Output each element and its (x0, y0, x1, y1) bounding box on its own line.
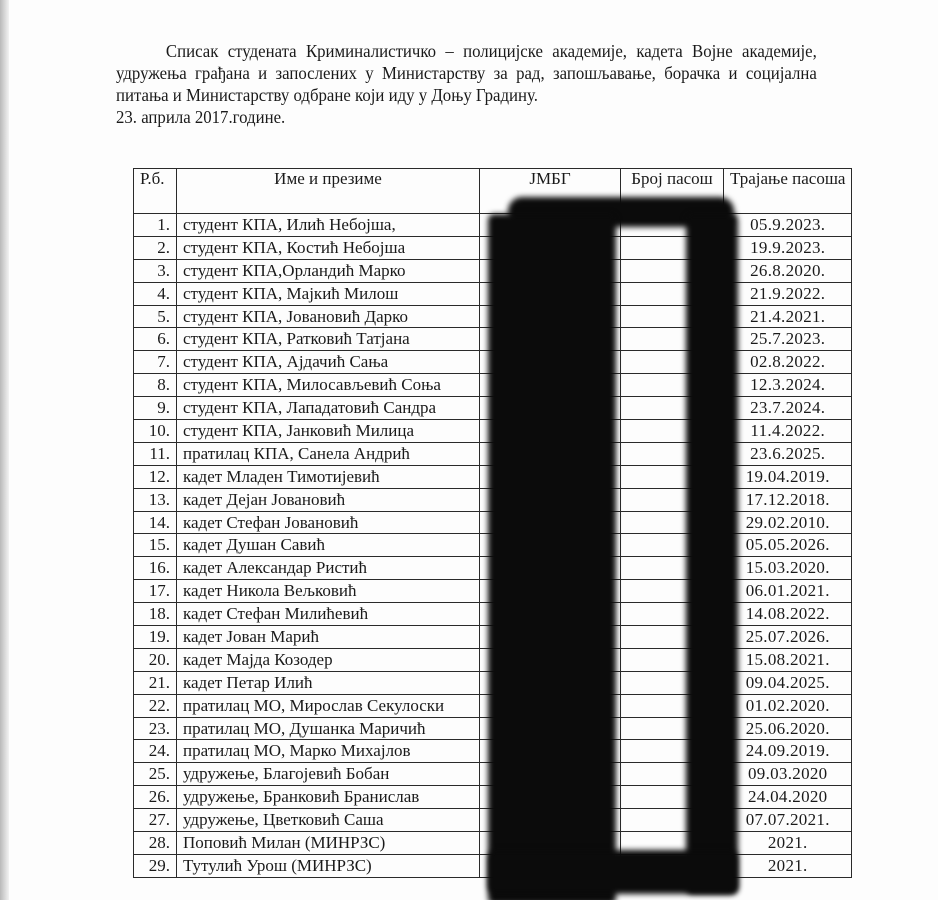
redaction-left-column (488, 214, 616, 900)
row-number: 7. (134, 351, 177, 374)
header-rb: Р.б. (134, 169, 177, 214)
row-number: 2. (134, 236, 177, 259)
row-expiry: 05.9.2023. (724, 214, 852, 237)
row-name: удружење, Бранковић Бранислав (177, 786, 480, 809)
redaction-right-column (686, 214, 738, 894)
row-name: студент КПА, Лападатовић Сандра (177, 397, 480, 420)
row-name: Поповић Милан (МИНРЗС) (177, 832, 480, 855)
row-expiry: 15.08.2021. (724, 648, 852, 671)
row-number: 23. (134, 717, 177, 740)
row-expiry: 14.08.2022. (724, 603, 852, 626)
row-name: кадет Никола Вељковић (177, 580, 480, 603)
row-number: 27. (134, 809, 177, 832)
row-number: 25. (134, 763, 177, 786)
row-expiry: 24.09.2019. (724, 740, 852, 763)
row-number: 8. (134, 374, 177, 397)
row-number: 12. (134, 465, 177, 488)
row-name: студент КПА, Ајдачић Сања (177, 351, 480, 374)
row-name: пратилац КПА, Санела Андрић (177, 442, 480, 465)
row-name: кадет Петар Илић (177, 671, 480, 694)
row-number: 4. (134, 282, 177, 305)
row-number: 20. (134, 648, 177, 671)
row-expiry: 29.02.2010. (724, 511, 852, 534)
page-edge-shadow (0, 0, 9, 900)
row-name: студент КПА, Илић Небојша, (177, 214, 480, 237)
row-expiry: 02.8.2022. (724, 351, 852, 374)
row-expiry: 12.3.2024. (724, 374, 852, 397)
row-expiry: 19.9.2023. (724, 236, 852, 259)
row-expiry: 2021. (724, 832, 852, 855)
row-expiry: 05.05.2026. (724, 534, 852, 557)
row-name: пратилац МО, Марко Михајлов (177, 740, 480, 763)
row-expiry: 23.6.2025. (724, 442, 852, 465)
row-number: 14. (134, 511, 177, 534)
row-expiry: 11.4.2022. (724, 420, 852, 443)
row-name: студент КПА,Орландић Марко (177, 259, 480, 282)
row-name: кадет Стефан Јовановић (177, 511, 480, 534)
row-name: удружење, Благојевић Бобан (177, 763, 480, 786)
row-expiry: 25.7.2023. (724, 328, 852, 351)
row-name: кадет Јован Марић (177, 626, 480, 649)
row-expiry: 25.06.2020. (724, 717, 852, 740)
intro-paragraph: Списак студената Криминалистичко – полиц… (116, 40, 817, 106)
row-number: 6. (134, 328, 177, 351)
document-intro: Списак студената Криминалистичко – полиц… (116, 40, 817, 128)
row-number: 17. (134, 580, 177, 603)
row-name: студент КПА, Костић Небојша (177, 236, 480, 259)
redaction-bottom-bar (488, 850, 738, 894)
row-expiry: 09.03.2020 (724, 763, 852, 786)
row-name: студент КПА, Јанковић Милица (177, 420, 480, 443)
row-expiry: 21.9.2022. (724, 282, 852, 305)
row-expiry: 21.4.2021. (724, 305, 852, 328)
row-expiry: 25.07.2026. (724, 626, 852, 649)
row-expiry: 17.12.2018. (724, 488, 852, 511)
row-number: 24. (134, 740, 177, 763)
row-name: студент КПА, Јовановић Дарко (177, 305, 480, 328)
row-number: 13. (134, 488, 177, 511)
row-number: 26. (134, 786, 177, 809)
row-expiry: 06.01.2021. (724, 580, 852, 603)
row-expiry: 09.04.2025. (724, 671, 852, 694)
row-name: удружење, Цветковић Саша (177, 809, 480, 832)
row-expiry: 01.02.2020. (724, 694, 852, 717)
row-name: студент КПА, Ратковић Татјана (177, 328, 480, 351)
row-number: 1. (134, 214, 177, 237)
row-number: 29. (134, 854, 177, 877)
row-name: пратилац МО, Мирослав Секулоски (177, 694, 480, 717)
row-name: кадет Младен Тимотијевић (177, 465, 480, 488)
row-name: пратилац МО, Душанка Маричић (177, 717, 480, 740)
row-expiry: 07.07.2021. (724, 809, 852, 832)
row-number: 18. (134, 603, 177, 626)
header-name: Име и презиме (177, 169, 480, 214)
row-number: 19. (134, 626, 177, 649)
row-name: кадет Дејан Јовановић (177, 488, 480, 511)
row-name: кадет Душан Савић (177, 534, 480, 557)
row-expiry: 23.7.2024. (724, 397, 852, 420)
row-expiry: 24.04.2020 (724, 786, 852, 809)
row-name: студент КПА, Мајкић Милош (177, 282, 480, 305)
header-expiry: Трајање пасоша (724, 169, 852, 214)
row-number: 21. (134, 671, 177, 694)
row-expiry: 19.04.2019. (724, 465, 852, 488)
row-name: студент КПА, Милосављевић Соња (177, 374, 480, 397)
row-expiry: 2021. (724, 854, 852, 877)
row-number: 28. (134, 832, 177, 855)
row-expiry: 15.03.2020. (724, 557, 852, 580)
row-number: 16. (134, 557, 177, 580)
row-number: 22. (134, 694, 177, 717)
row-number: 9. (134, 397, 177, 420)
row-number: 15. (134, 534, 177, 557)
table-header-row: Р.б. Име и презиме ЈМБГ Број пасош Траја… (134, 169, 852, 214)
row-number: 10. (134, 420, 177, 443)
document-date: 23. априла 2017.године. (116, 106, 817, 128)
row-expiry: 26.8.2020. (724, 259, 852, 282)
row-name: Тутулић Урош (МИНРЗС) (177, 854, 480, 877)
row-number: 3. (134, 259, 177, 282)
row-name: кадет Мајда Козодер (177, 648, 480, 671)
row-number: 11. (134, 442, 177, 465)
row-name: кадет Александар Ристић (177, 557, 480, 580)
row-name: кадет Стефан Милићевић (177, 603, 480, 626)
row-number: 5. (134, 305, 177, 328)
